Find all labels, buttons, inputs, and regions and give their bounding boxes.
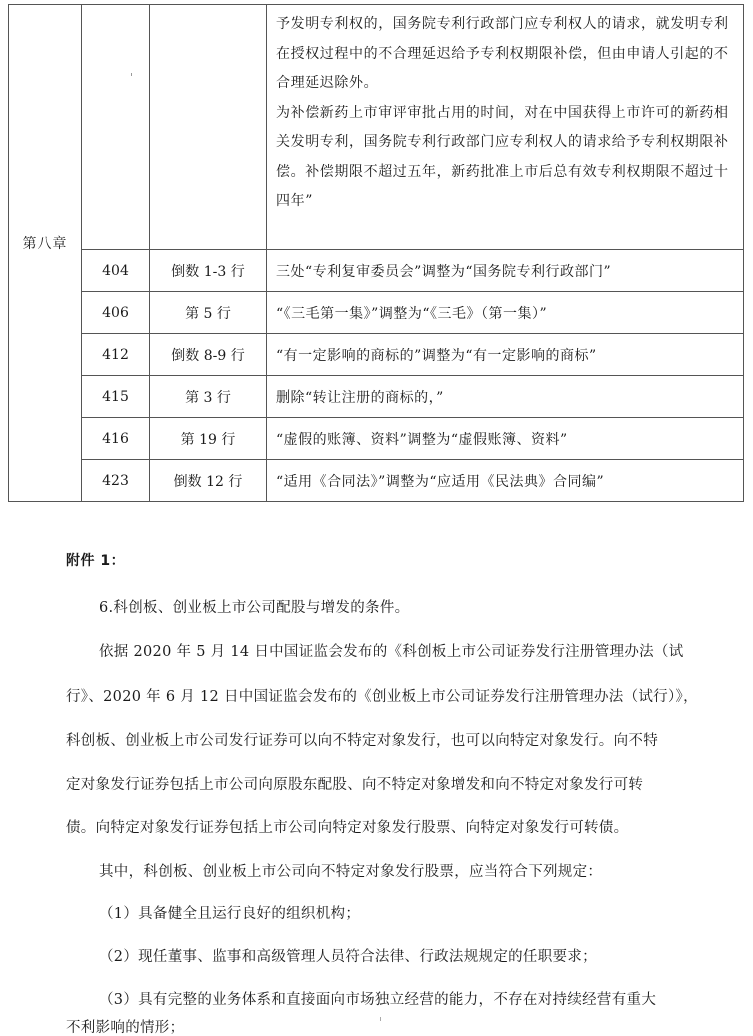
errata-table: 第八章 予发明专利权的，国务院专利行政部门应专利权人的请求，就发明专利在授权过程… xyxy=(8,4,744,502)
chapter-cell: 第八章 xyxy=(9,5,82,502)
list-item-continuation: 不利影响的情形； xyxy=(66,1016,746,1036)
body-line: 科创板、创业板上市公司发行证券可以向不特定对象发行，也可以向特定对象发行。向不特 xyxy=(66,729,746,750)
change-cell: 予发明专利权的，国务院专利行政部门应专利权人的请求，就发明专利在授权过程中的不合… xyxy=(267,5,744,250)
change-cell: “有一定影响的商标的”调整为“有一定影响的商标” xyxy=(267,334,744,376)
line-cell: 第 19 行 xyxy=(150,418,267,460)
page-cell xyxy=(82,5,150,250)
list-item: （2）现任董事、监事和高级管理人员符合法律、行政法规规定的任职要求； xyxy=(99,945,753,966)
change-paragraph: 为补偿新药上市审评审批占用的时间，对在中国获得上市许可的新药相关发明专利，国务院… xyxy=(276,99,737,217)
list-item: （1）具备健全且运行良好的组织机构； xyxy=(99,902,753,923)
appendix-title: 附件 1： xyxy=(66,550,125,570)
page-cell: 415 xyxy=(82,376,150,418)
page-cell: 406 xyxy=(82,292,150,334)
page-cell: 416 xyxy=(82,418,150,460)
line-cell: 倒数 8-9 行 xyxy=(150,334,267,376)
change-cell: 删除“转让注册的商标的，” xyxy=(267,376,744,418)
stray-mark xyxy=(131,73,132,76)
stray-mark xyxy=(380,1017,381,1021)
table-row: 406 第 5 行 “《三毛第一集》”调整为“《三毛》（第一集）” xyxy=(9,292,744,334)
body-line: 定对象发行证券包括上市公司向原股东配股、向不特定对象增发和向不特定对象发行可转 xyxy=(66,773,746,794)
line-cell: 倒数 12 行 xyxy=(150,460,267,502)
body-line: 行》、2020 年 6 月 12 日中国证监会发布的《创业板上市公司证券发行注册… xyxy=(66,685,746,706)
change-cell: “虚假的账簿、资料”调整为“虚假账簿、资料” xyxy=(267,418,744,460)
table-row: 423 倒数 12 行 “适用《合同法》”调整为“应适用《民法典》合同编” xyxy=(9,460,744,502)
page-cell: 423 xyxy=(82,460,150,502)
page-cell: 404 xyxy=(82,250,150,292)
line-cell: 倒数 1-3 行 xyxy=(150,250,267,292)
change-cell: 三处“专利复审委员会”调整为“国务院专利行政部门” xyxy=(267,250,744,292)
body-line: 债。向特定对象发行证券包括上市公司向特定对象发行股票、向特定对象发行可转债。 xyxy=(66,816,746,837)
table-row: 第八章 予发明专利权的，国务院专利行政部门应专利权人的请求，就发明专利在授权过程… xyxy=(9,5,744,250)
chapter-label: 第八章 xyxy=(23,233,68,253)
body-line: 依据 2020 年 5 月 14 日中国证监会发布的《科创板上市公司证券发行注册… xyxy=(99,640,753,661)
intro-line: 其中，科创板、创业板上市公司向不特定对象发行股票，应当符合下列规定： xyxy=(99,860,753,881)
table-row: 412 倒数 8-9 行 “有一定影响的商标的”调整为“有一定影响的商标” xyxy=(9,334,744,376)
line-cell: 第 5 行 xyxy=(150,292,267,334)
table-row: 404 倒数 1-3 行 三处“专利复审委员会”调整为“国务院专利行政部门” xyxy=(9,250,744,292)
line-cell xyxy=(150,5,267,250)
appendix-heading: 6.科创板、创业板上市公司配股与增发的条件。 xyxy=(99,596,753,617)
table-row: 415 第 3 行 删除“转让注册的商标的，” xyxy=(9,376,744,418)
change-paragraph: 予发明专利权的，国务院专利行政部门应专利权人的请求，就发明专利在授权过程中的不合… xyxy=(276,10,737,99)
change-cell: “《三毛第一集》”调整为“《三毛》（第一集）” xyxy=(267,292,744,334)
table-row: 416 第 19 行 “虚假的账簿、资料”调整为“虚假账簿、资料” xyxy=(9,418,744,460)
list-item: （3）具有完整的业务体系和直接面向市场独立经营的能力，不存在对持续经营有重大 xyxy=(99,988,753,1009)
change-cell: “适用《合同法》”调整为“应适用《民法典》合同编” xyxy=(267,460,744,502)
line-cell: 第 3 行 xyxy=(150,376,267,418)
page-cell: 412 xyxy=(82,334,150,376)
